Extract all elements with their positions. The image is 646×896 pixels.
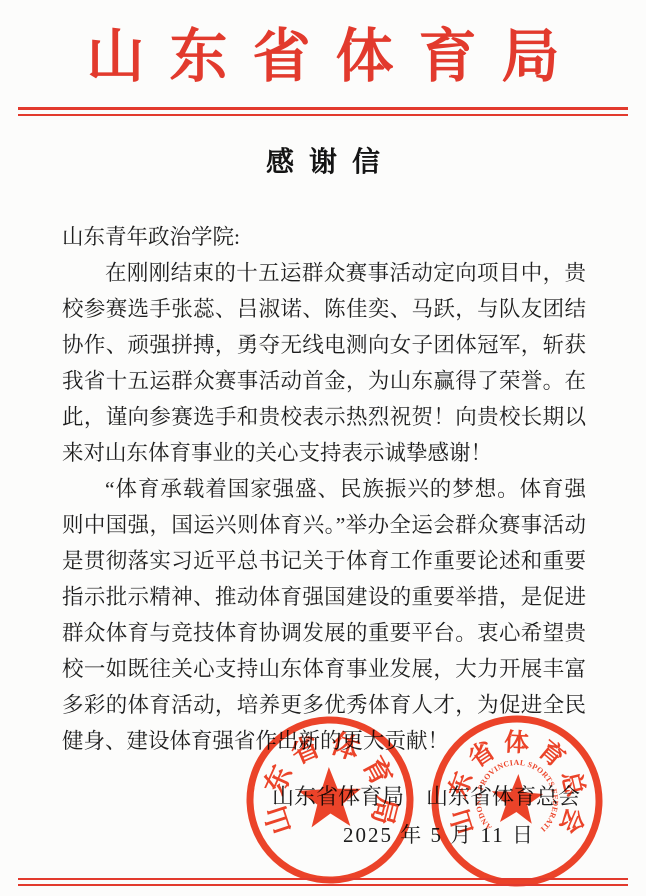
letter-page: 山东省体育局 感谢信 山东青年政治学院: 在刚刚结束的十五运群众赛事活动定向项目… (0, 0, 646, 896)
letter-body: 山东青年政治学院: 在刚刚结束的十五运群众赛事活动定向项目中，贵校参赛选手张蕊、… (62, 219, 586, 759)
letter-title: 感谢信 (0, 142, 646, 184)
salutation: 山东青年政治学院: (62, 219, 586, 255)
paragraph-1: 在刚刚结束的十五运群众赛事活动定向项目中，贵校参赛选手张蕊、吕淑诺、陈佳奕、马跃… (62, 255, 586, 471)
letterhead-rule (18, 107, 628, 116)
letterhead-org-name: 山东省体育局 (0, 20, 646, 94)
star-icon (297, 766, 362, 828)
official-seal-sports-federation: 山东省体育总会 SHANDONG PROVINCIAL SPORTS FEDER… (422, 706, 611, 895)
official-seal-sports-bureau: 山东省体育局 (237, 707, 423, 893)
star-icon (490, 773, 544, 825)
footer-rule (18, 878, 628, 886)
